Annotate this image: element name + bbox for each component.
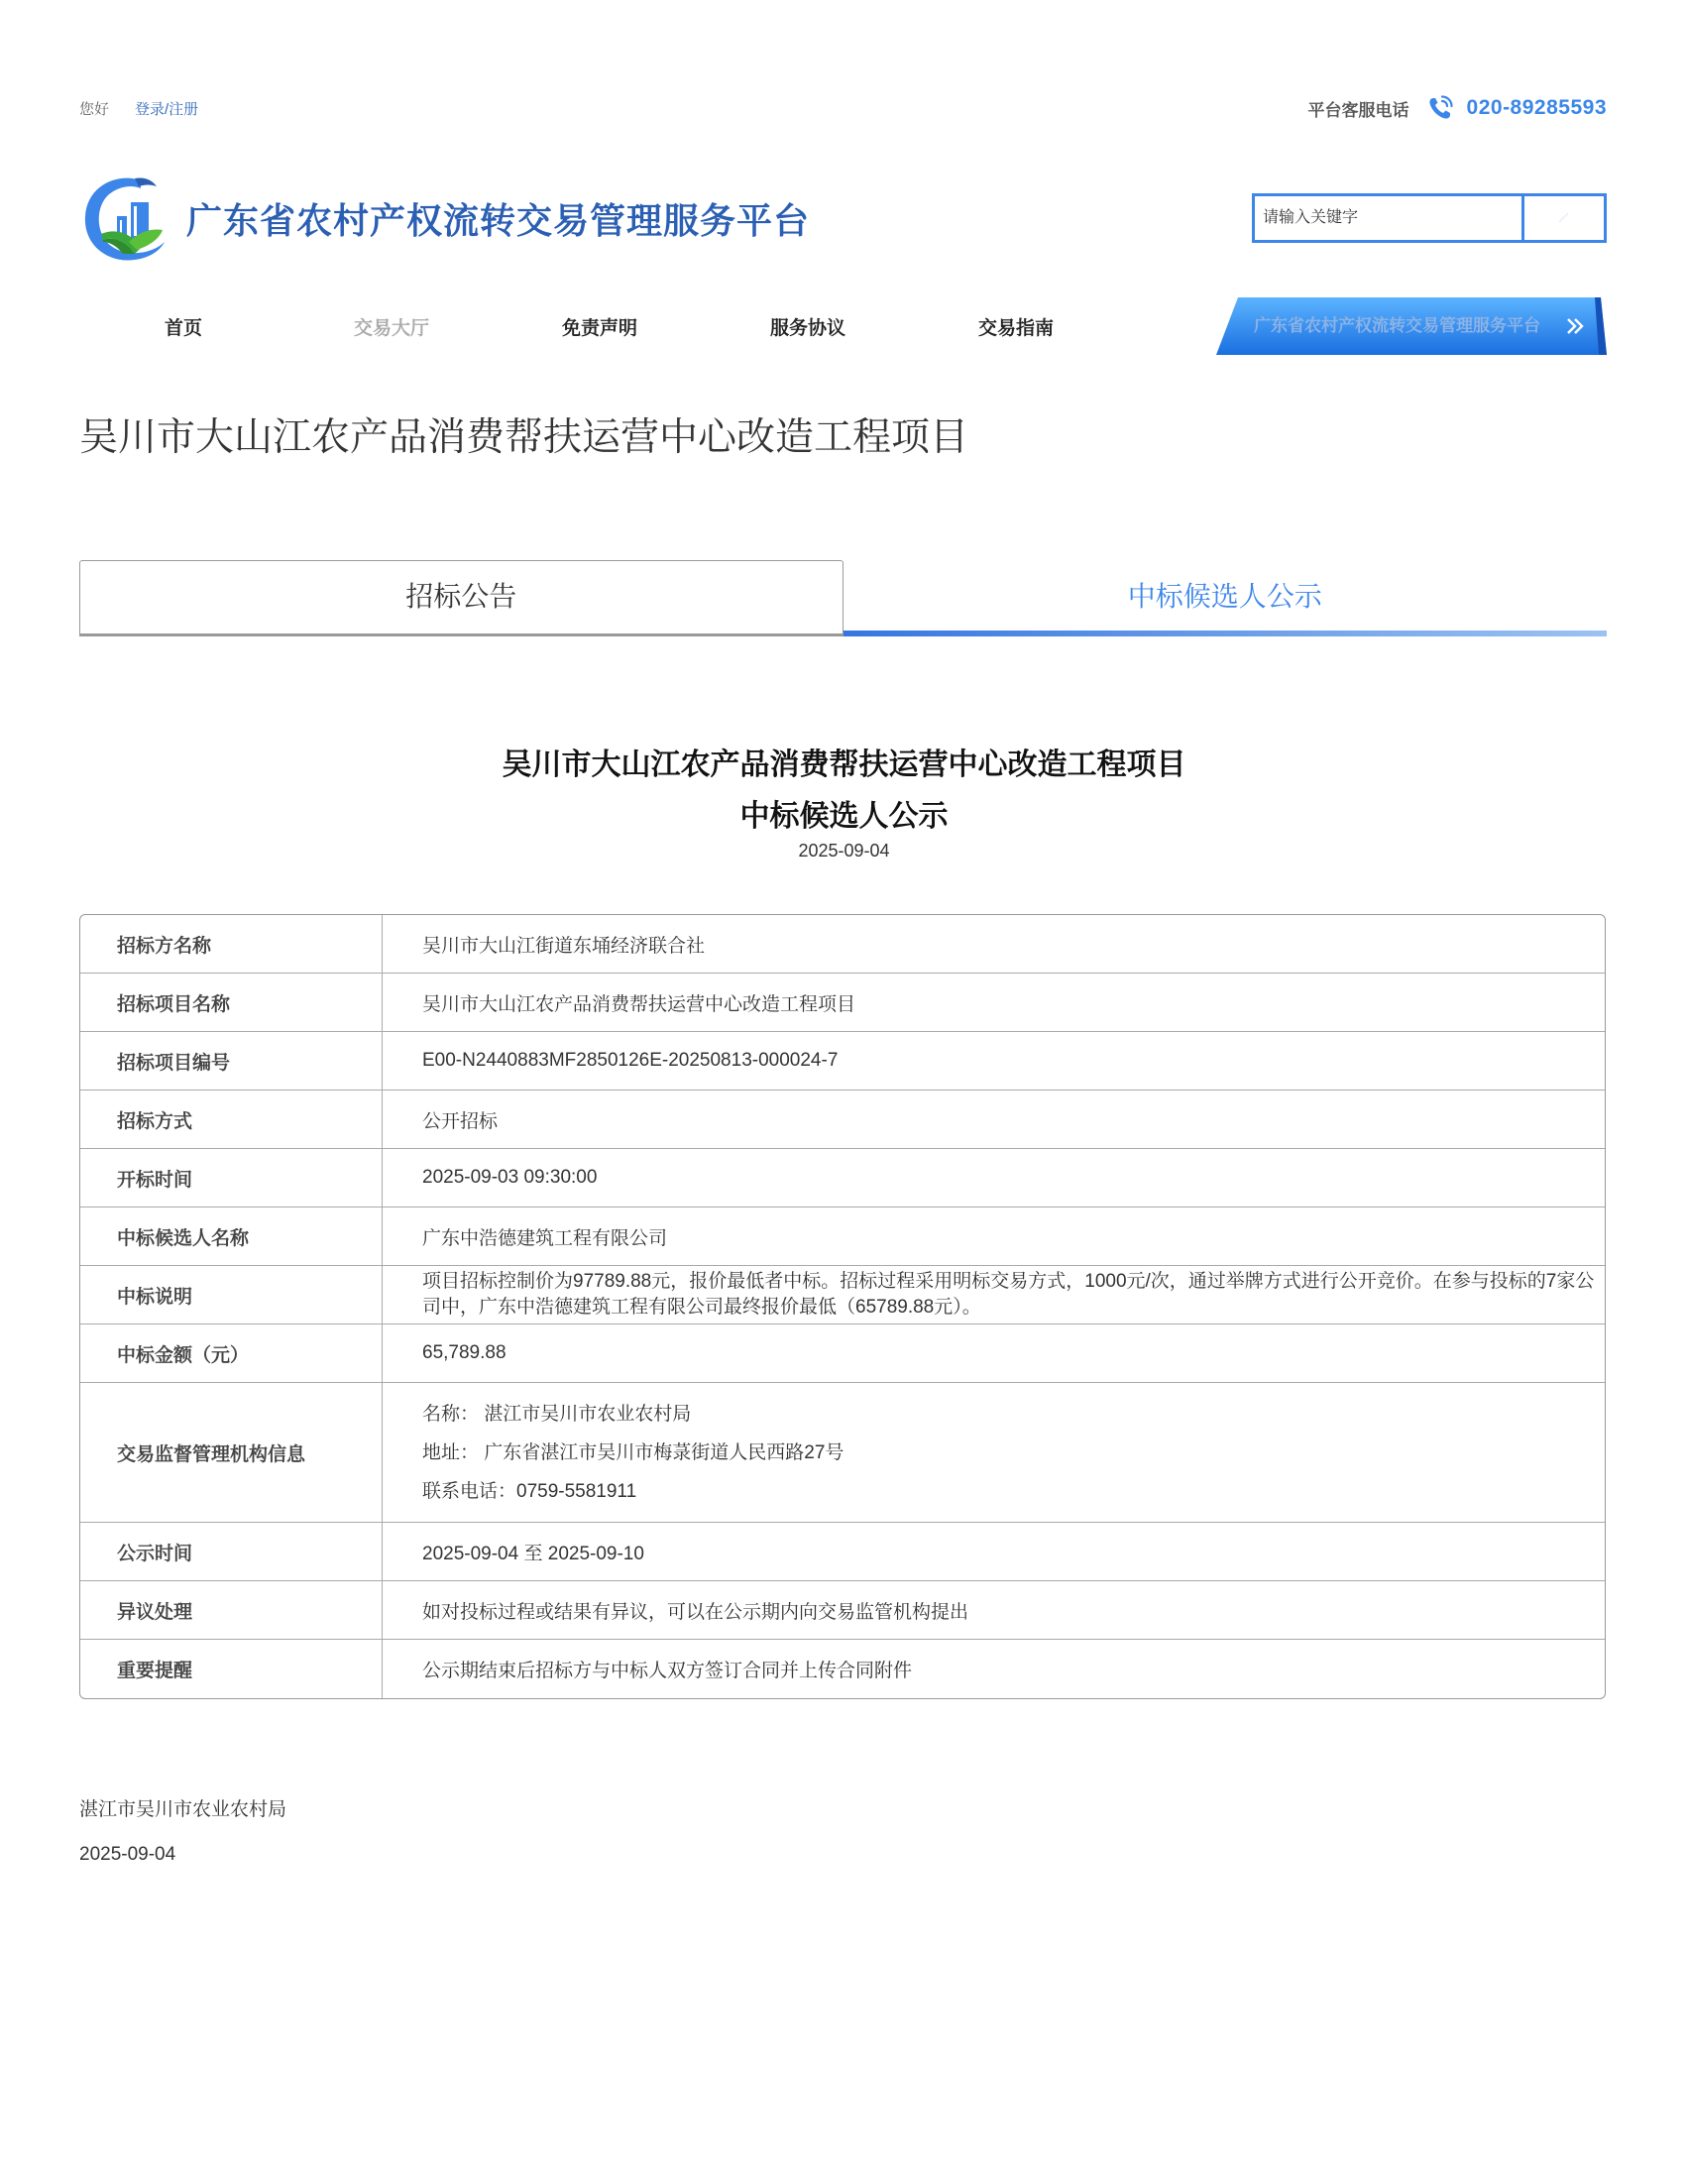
site-name: 广东省农村产权流转交易管理服务平台 [186,193,810,244]
top-bar: 您好 登录/注册 平台客服电话 020-89285593 [79,95,1607,121]
nav-item-home[interactable]: 首页 [79,313,287,340]
nav-item-disclaimer[interactable]: 免责声明 [496,313,704,340]
user-greeting-area: 您好 登录/注册 [79,98,198,119]
table-row: 公示时间 2025-09-04 至 2025-09-10 [80,1523,1605,1581]
platform-logo-icon [79,171,174,266]
row-label: 交易监督管理机构信息 [80,1383,383,1523]
customer-hotline: 平台客服电话 020-89285593 [1308,95,1607,121]
search-input[interactable] [1255,196,1524,240]
row-value: E00-N2440883MF2850126E-20250813-000024-7 [383,1032,1605,1091]
row-label: 中标说明 [80,1266,383,1324]
table-row: 异议处理 如对投标过程或结果有异议，可以在公示期内向交易监管机构提出 [80,1581,1605,1640]
tab-candidate-publicity[interactable]: 中标候选人公示 [844,560,1608,636]
table-row: 重要提醒 公示期结束后招标方与中标人双方签订合同并上传合同附件 [80,1640,1605,1698]
search-box [1252,193,1607,243]
row-value: 吴川市大山江街道东埇经济联合社 [383,915,1605,974]
row-value: 65,789.88 [383,1324,1605,1383]
issuing-date: 2025-09-04 [79,1844,175,1866]
search-icon [1555,208,1573,229]
supervisor-info: 名称： 湛江市吴川市农业农村局 地址： 广东省湛江市吴川市梅菉街道人民西路27号… [383,1383,1605,1523]
row-label: 招标方名称 [80,915,383,974]
table-row: 招标方名称 吴川市大山江街道东埇经济联合社 [80,915,1605,974]
row-label: 重要提醒 [80,1640,383,1698]
row-value: 2025-09-03 09:30:00 [383,1149,1605,1207]
table-row: 中标候选人名称 广东中浩德建筑工程有限公司 [80,1207,1605,1266]
platform-banner-link[interactable]: 广东省农村产权流转交易管理服务平台 [1216,297,1607,355]
tab-tender-notice[interactable]: 招标公告 [79,560,844,636]
table-row: 中标金额（元） 65,789.88 [80,1324,1605,1383]
page-title: 吴川市大山江农产品消费帮扶运营中心改造工程项目 [79,406,968,462]
table-row: 招标方式 公开招标 [80,1091,1605,1149]
table-row: 开标时间 2025-09-03 09:30:00 [80,1149,1605,1207]
nav-item-service-agreement[interactable]: 服务协议 [704,313,912,340]
supervisor-name: 名称： 湛江市吴川市农业农村局 [422,1395,1599,1434]
row-label: 招标项目编号 [80,1032,383,1091]
row-value: 广东中浩德建筑工程有限公司 [383,1207,1605,1266]
publicity-info-table: 招标方名称 吴川市大山江街道东埇经济联合社 招标项目名称 吴川市大山江农产品消费… [79,914,1606,1699]
row-value: 2025-09-04 至 2025-09-10 [383,1523,1605,1581]
row-value: 公示期结束后招标方与中标人双方签订合同并上传合同附件 [383,1640,1605,1698]
row-label: 中标金额（元） [80,1324,383,1383]
announcement-tabs: 招标公告 中标候选人公示 [79,560,1607,636]
row-label: 招标方式 [80,1091,383,1149]
greeting-text: 您好 [79,98,109,119]
document-subtitle: 中标候选人公示 [0,791,1688,835]
search-button[interactable] [1524,196,1604,240]
nav-item-trading-guide[interactable]: 交易指南 [912,313,1120,340]
nav-item-trading-hall[interactable]: 交易大厅 [287,313,496,340]
site-brand[interactable]: 广东省农村产权流转交易管理服务平台 [79,171,810,266]
row-value: 公开招标 [383,1091,1605,1149]
hotline-label: 平台客服电话 [1308,96,1409,121]
document-date: 2025-09-04 [0,841,1688,862]
banner-label: 广东省农村产权流转交易管理服务平台 [1254,297,1540,355]
row-label: 中标候选人名称 [80,1207,383,1266]
row-value: 项目招标控制价为97789.88元，报价最低者中标。招标过程采用明标交易方式，1… [383,1266,1605,1324]
table-row: 中标说明 项目招标控制价为97789.88元，报价最低者中标。招标过程采用明标交… [80,1266,1605,1324]
main-nav: 首页 交易大厅 免责声明 服务协议 交易指南 广东省农村产权流转交易管理服务平台 [79,295,1607,357]
supervisor-address: 地址： 广东省湛江市吴川市梅菉街道人民西路27号 [422,1434,1599,1472]
row-label: 招标项目名称 [80,974,383,1032]
issuing-organization: 湛江市吴川市农业农村局 [79,1794,286,1821]
table-row-supervisor: 交易监督管理机构信息 名称： 湛江市吴川市农业农村局 地址： 广东省湛江市吴川市… [80,1383,1605,1523]
row-value: 如对投标过程或结果有异议，可以在公示期内向交易监管机构提出 [383,1581,1605,1640]
row-label: 公示时间 [80,1523,383,1581]
site-header: 广东省农村产权流转交易管理服务平台 [79,171,1607,266]
row-label: 开标时间 [80,1149,383,1207]
phone-call-icon [1427,95,1453,121]
table-row: 招标项目名称 吴川市大山江农产品消费帮扶运营中心改造工程项目 [80,974,1605,1032]
row-label: 异议处理 [80,1581,383,1640]
document-title: 吴川市大山江农产品消费帮扶运营中心改造工程项目 [0,740,1688,783]
row-value: 吴川市大山江农产品消费帮扶运营中心改造工程项目 [383,974,1605,1032]
table-row: 招标项目编号 E00-N2440883MF2850126E-20250813-0… [80,1032,1605,1091]
supervisor-phone: 联系电话：0759-5581911 [422,1472,1599,1511]
login-register-link[interactable]: 登录/注册 [135,98,198,119]
hotline-number: 020-89285593 [1467,96,1607,120]
